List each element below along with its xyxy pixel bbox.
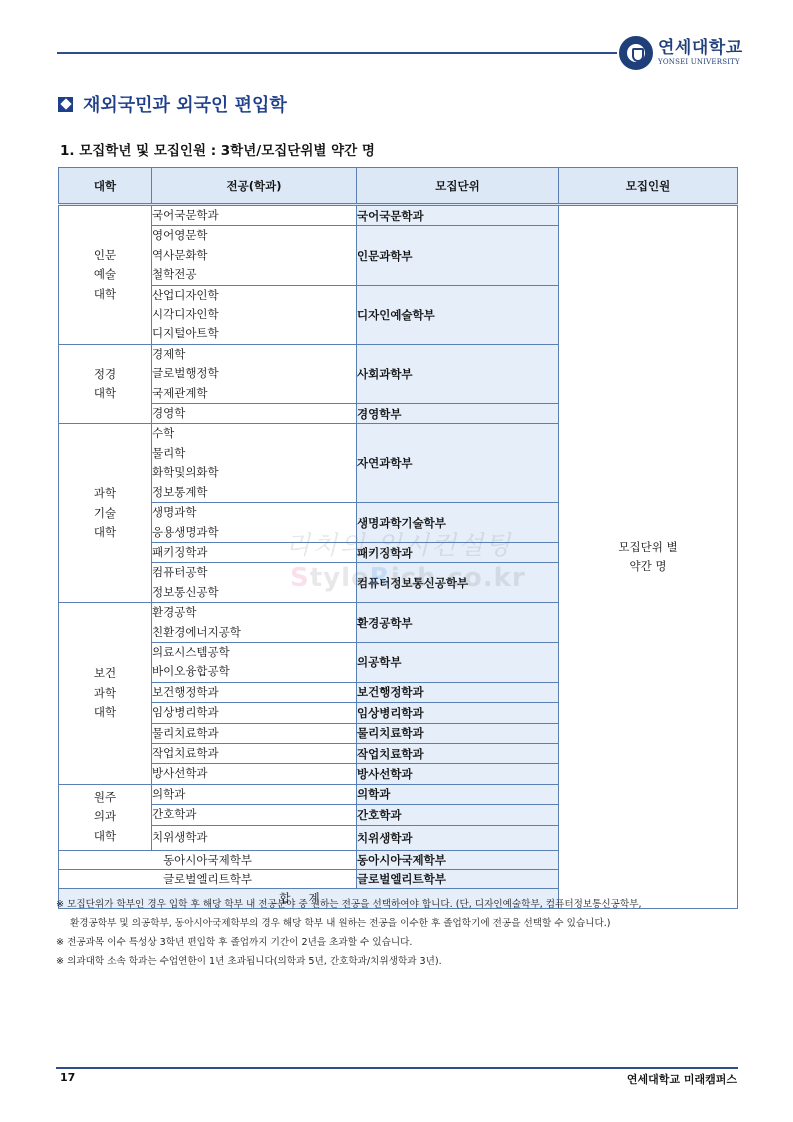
major-cell: 의학과 — [152, 784, 357, 804]
college-cell: 보건 과학 대학 — [59, 603, 152, 785]
logo-korean-name: 연세대학교 — [658, 39, 743, 58]
unit-cell: 간호학과 — [357, 805, 559, 825]
unit-cell: 물리치료학과 — [357, 723, 559, 743]
section-title-text: 재외국민과 외국인 편입학 — [83, 91, 287, 117]
unit-cell: 디자인예술학부 — [357, 285, 559, 344]
unit-cell: 치위생학과 — [357, 825, 559, 850]
header-major: 전공(학과) — [152, 168, 357, 205]
major-cell: 컴퓨터공학 정보통신공학 — [152, 563, 357, 603]
major-cell: 동아시아국제학부 — [59, 850, 357, 869]
unit-cell: 생명과학기술학부 — [357, 503, 559, 543]
table-header-row: 대학 전공(학과) 모집단위 모집인원 — [59, 168, 738, 205]
unit-cell: 자연과학부 — [357, 424, 559, 503]
unit-cell: 보건행정학과 — [357, 682, 559, 702]
unit-cell: 환경공학부 — [357, 603, 559, 643]
college-cell: 정경 대학 — [59, 344, 152, 424]
header-quota: 모집인원 — [559, 168, 738, 205]
major-cell: 경영학 — [152, 404, 357, 424]
footer-rule — [56, 1067, 738, 1069]
footnotes: ※ 모집단위가 학부인 경우 입학 후 해당 학부 내 전공분야 중 원하는 전… — [56, 895, 746, 971]
unit-cell: 국어국문학과 — [357, 205, 559, 226]
unit-cell: 의학과 — [357, 784, 559, 804]
table-row: 인문 예술 대학 국어국문학과 국어국문학과 모집단위 별 약간 명 — [59, 205, 738, 226]
diamond-bullet-icon — [58, 97, 73, 112]
unit-cell: 방사선학과 — [357, 764, 559, 784]
footnote-3: ※ 의과대학 소속 학과는 수업연한이 1년 초과됩니다(의학과 5년, 간호학… — [56, 952, 746, 971]
major-cell: 방사선학과 — [152, 764, 357, 784]
major-cell: 환경공학 친환경에너지공학 — [152, 603, 357, 643]
major-cell: 작업치료학과 — [152, 743, 357, 763]
unit-cell: 작업치료학과 — [357, 743, 559, 763]
unit-cell: 의공학부 — [357, 642, 559, 682]
unit-cell: 패키징학과 — [357, 542, 559, 562]
college-cell: 인문 예술 대학 — [59, 205, 152, 345]
major-cell: 간호학과 — [152, 805, 357, 825]
major-cell: 패키징학과 — [152, 542, 357, 562]
major-cell: 산업디자인학 시각디자인학 디지털아트학 — [152, 285, 357, 344]
page-number: 17 — [60, 1071, 75, 1084]
major-cell: 수학 물리학 화학및의화학 정보통계학 — [152, 424, 357, 503]
footer-campus-name: 연세대학교 미래캠퍼스 — [627, 1071, 737, 1087]
header-rule — [57, 52, 617, 54]
unit-cell: 경영학부 — [357, 404, 559, 424]
unit-cell: 컴퓨터정보통신공학부 — [357, 563, 559, 603]
college-cell: 과학 기술 대학 — [59, 424, 152, 603]
subsection-heading: 1. 모집학년 및 모집인원 : 3학년/모집단위별 약간 명 — [60, 139, 375, 159]
major-cell: 물리치료학과 — [152, 723, 357, 743]
quota-cell: 모집단위 별 약간 명 — [559, 205, 738, 909]
major-cell: 의료시스템공학 바이오융합공학 — [152, 642, 357, 682]
footnote-2: ※ 전공과목 이수 특성상 3학년 편입학 후 졸업까지 기간이 2년을 초과할… — [56, 933, 746, 952]
unit-cell: 글로벌엘리트학부 — [357, 869, 559, 888]
unit-cell: 임상병리학과 — [357, 703, 559, 723]
header-college: 대학 — [59, 168, 152, 205]
footnote-1-continued: 환경공학부 및 의공학부, 동아시아국제학부의 경우 해당 학부 내 원하는 전… — [56, 914, 746, 933]
major-cell: 국어국문학과 — [152, 205, 357, 226]
unit-cell: 동아시아국제학부 — [357, 850, 559, 869]
admission-table: 대학 전공(학과) 모집단위 모집인원 인문 예술 대학 국어국문학과 국어국문… — [58, 167, 738, 909]
section-title: 재외국민과 외국인 편입학 — [58, 91, 287, 117]
unit-cell: 사회과학부 — [357, 344, 559, 403]
university-seal-icon — [619, 36, 653, 70]
major-cell: 생명과학 응용생명과학 — [152, 503, 357, 543]
unit-cell: 인문과학부 — [357, 226, 559, 285]
major-cell: 글로벌엘리트학부 — [59, 869, 357, 888]
major-cell: 치위생학과 — [152, 825, 357, 850]
footnote-1: ※ 모집단위가 학부인 경우 입학 후 해당 학부 내 전공분야 중 원하는 전… — [56, 895, 746, 914]
header-unit: 모집단위 — [357, 168, 559, 205]
major-cell: 임상병리학과 — [152, 703, 357, 723]
major-cell: 보건행정학과 — [152, 682, 357, 702]
major-cell: 경제학 글로벌행정학 국제관계학 — [152, 344, 357, 403]
logo-english-name: YONSEI UNIVERSITY — [658, 58, 743, 67]
major-cell: 영어영문학 역사문화학 철학전공 — [152, 226, 357, 285]
college-cell: 원주 의과 대학 — [59, 784, 152, 850]
university-logo: 연세대학교 YONSEI UNIVERSITY — [619, 36, 743, 70]
